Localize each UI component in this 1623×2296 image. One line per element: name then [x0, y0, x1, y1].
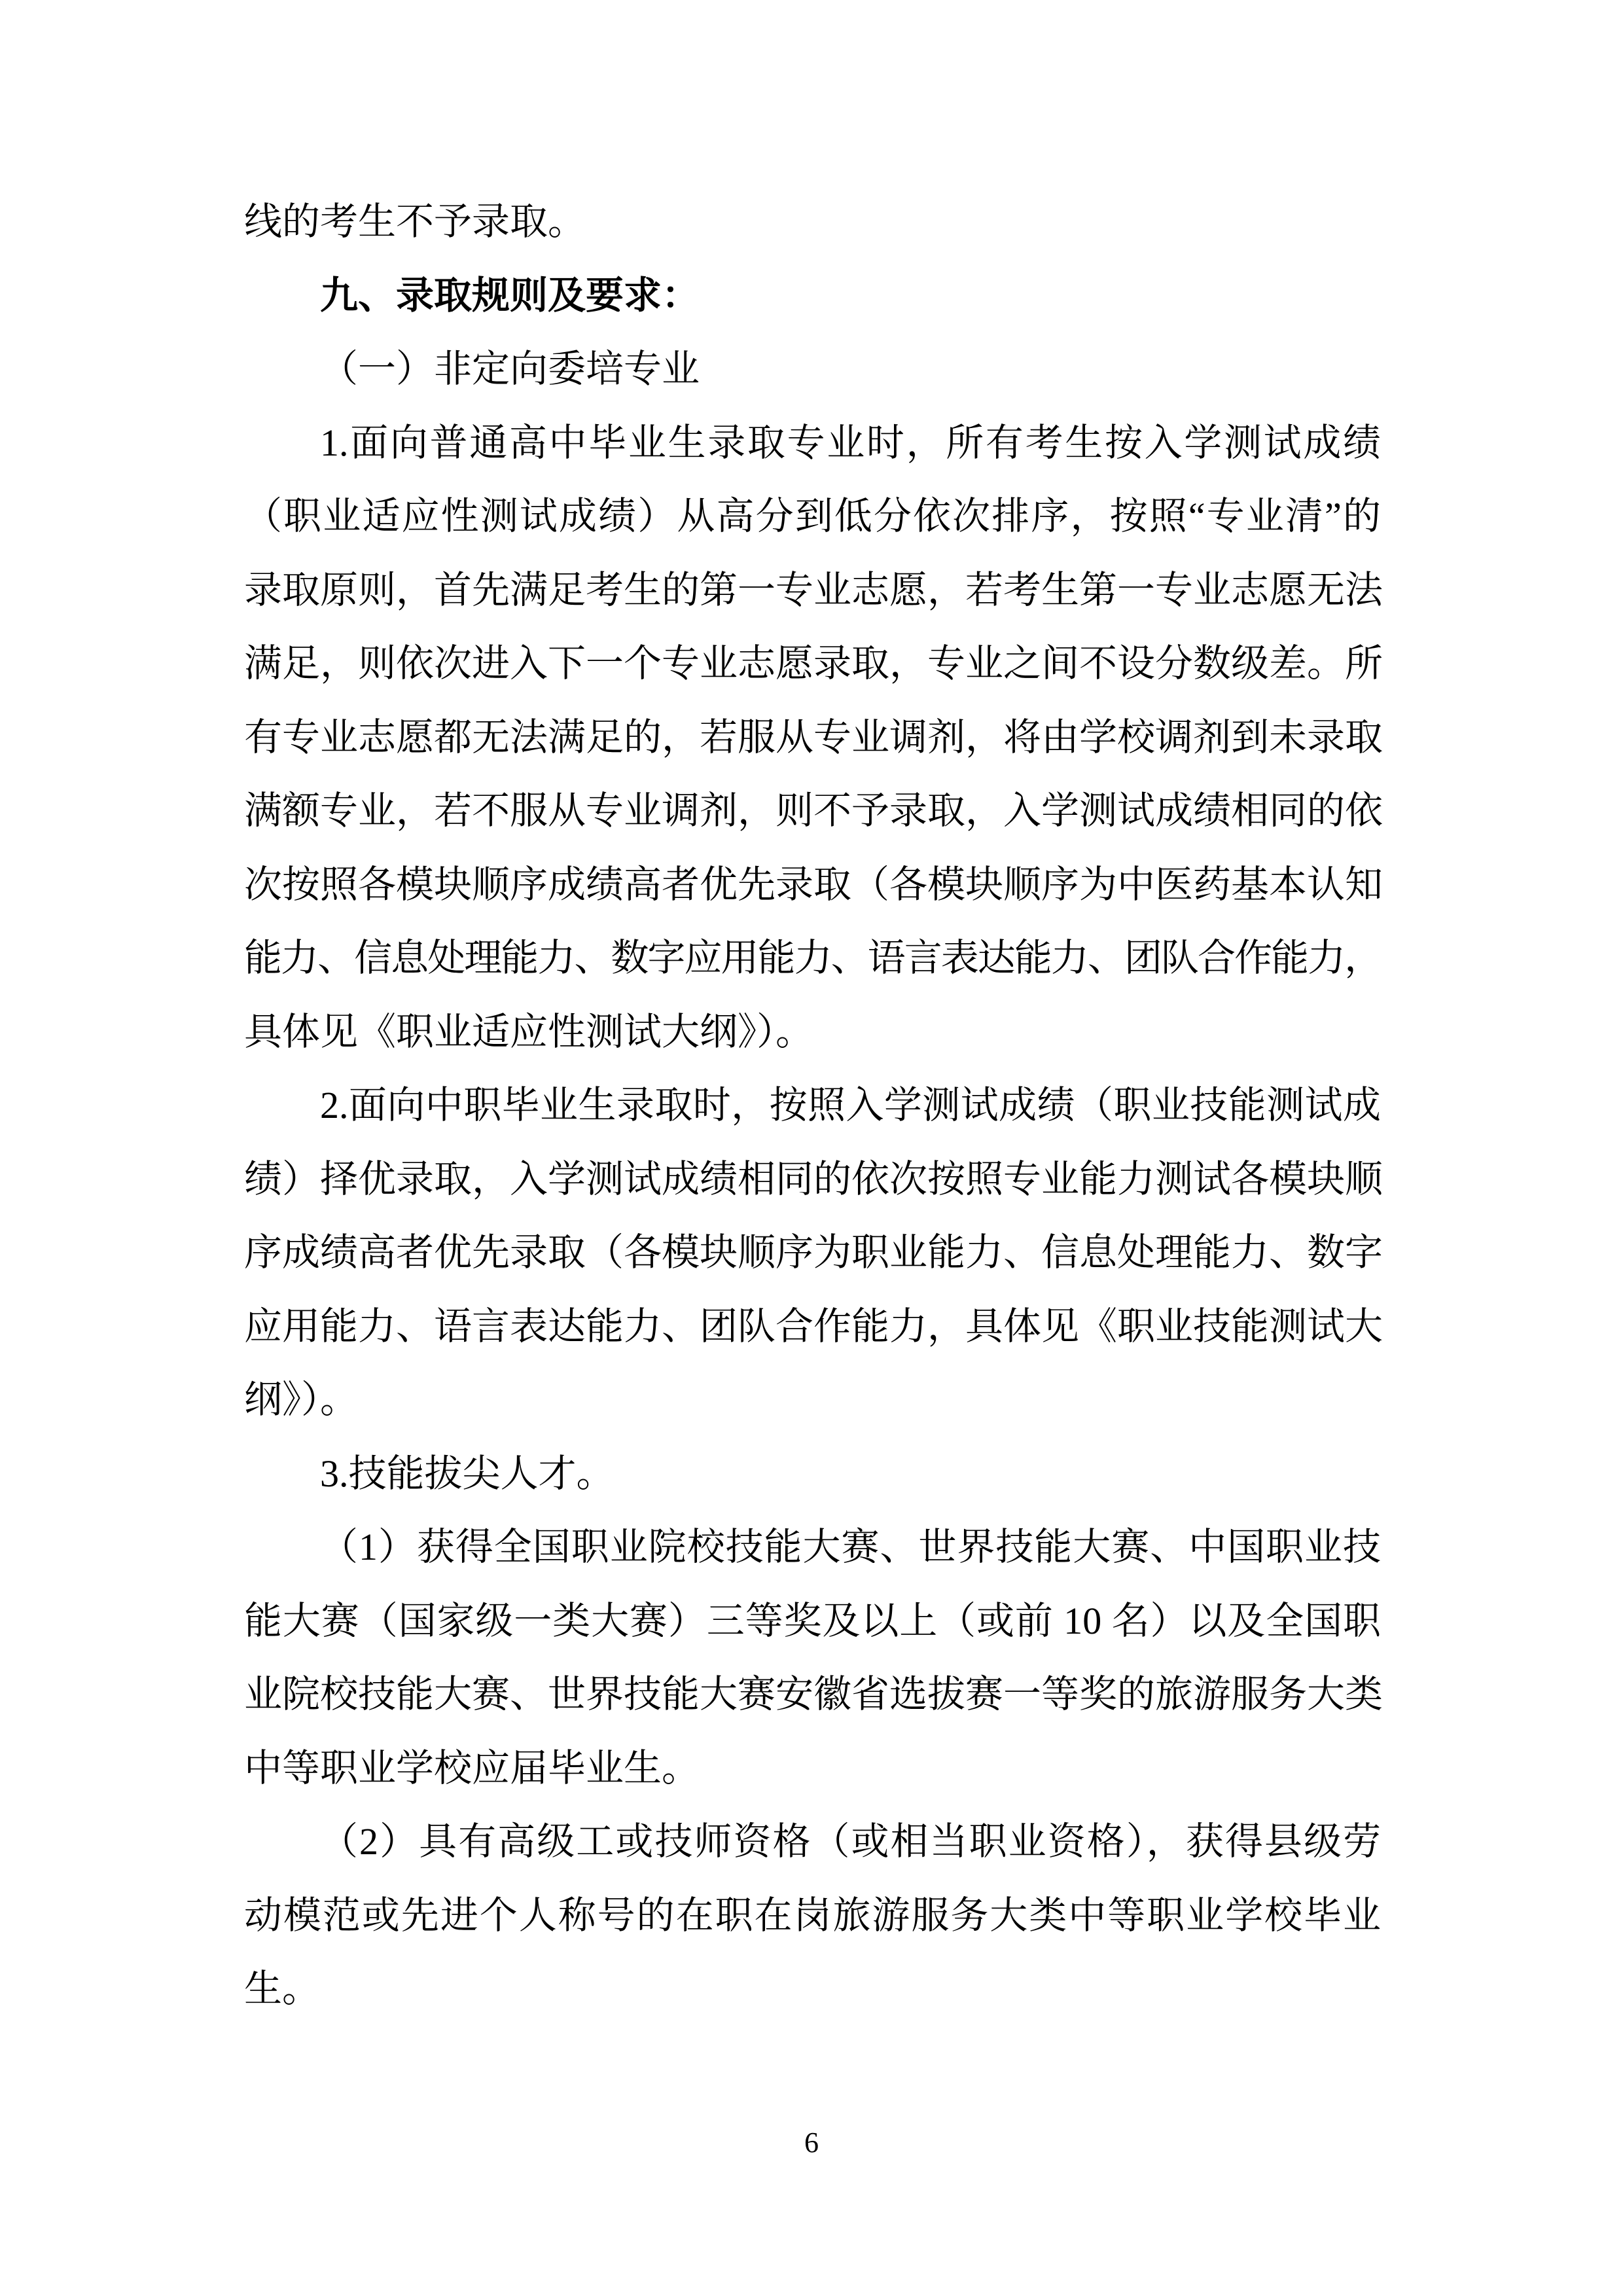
rule-3-item-2: （2）具有高级工或技师资格（或相当职业资格），获得县级劳动模范或先进个人称号的在…	[244, 1805, 1381, 2026]
text-line: 线的考生不予录取。	[244, 185, 1381, 259]
continuation-text: 线的考生不予录取。	[244, 185, 1381, 259]
text-line: 具体见《职业适应性测试大纲》）。	[244, 996, 1381, 1069]
text-line: 能力、信息处理能力、数字应用能力、语言表达能力、团队合作能力，	[244, 922, 1381, 996]
subsection-heading-1: （一）非定向委培专业	[244, 332, 1381, 406]
page-number: 6	[804, 2126, 819, 2159]
text-line: 2.面向中职毕业生录取时，按照入学测试成绩（职业技能测试成	[244, 1069, 1381, 1143]
text-line: 动模范或先进个人称号的在职在岗旅游服务大类中等职业学校毕业	[244, 1879, 1381, 1953]
text-line: （1）获得全国职业院校技能大赛、世界技能大赛、中国职业技	[244, 1511, 1381, 1585]
text-line: 满足，则依次进入下一个专业志愿录取，专业之间不设分数级差。所	[244, 627, 1381, 701]
text-line: 绩）择优录取，入学测试成绩相同的依次按照专业能力测试各模块顺	[244, 1143, 1381, 1217]
page-footer: 6	[0, 2128, 1623, 2157]
text-line: 纲》）。	[244, 1363, 1381, 1437]
rule-3-heading: 3.技能拔尖人才。	[244, 1437, 1381, 1511]
section-heading: 九、录取规则及要求：	[244, 259, 1381, 333]
text-line: 3.技能拔尖人才。	[244, 1437, 1381, 1511]
text-line: 序成绩高者优先录取（各模块顺序为职业能力、信息处理能力、数字	[244, 1216, 1381, 1290]
text-line: （职业适应性测试成绩）从高分到低分依次排序，按照“专业清”的	[244, 480, 1381, 554]
text-line: 1.面向普通高中毕业生录取专业时，所有考生按入学测试成绩	[244, 406, 1381, 480]
text-line: 有专业志愿都无法满足的，若服从专业调剂，将由学校调剂到未录取	[244, 701, 1381, 775]
text-line: （一）非定向委培专业	[244, 332, 1381, 406]
rule-2-paragraph: 2.面向中职毕业生录取时，按照入学测试成绩（职业技能测试成绩）择优录取，入学测试…	[244, 1069, 1381, 1437]
document-page: 线的考生不予录取。九、录取规则及要求：（一）非定向委培专业1.面向普通高中毕业生…	[0, 0, 1623, 2296]
rule-3-item-1: （1）获得全国职业院校技能大赛、世界技能大赛、中国职业技能大赛（国家级一类大赛）…	[244, 1511, 1381, 1805]
text-line: 录取原则，首先满足考生的第一专业志愿，若考生第一专业志愿无法	[244, 554, 1381, 628]
text-line: 中等职业学校应届毕业生。	[244, 1732, 1381, 1806]
text-line: 满额专业，若不服从专业调剂，则不予录取，入学测试成绩相同的依	[244, 774, 1381, 848]
text-line: 应用能力、语言表达能力、团队合作能力，具体见《职业技能测试大	[244, 1290, 1381, 1364]
document-body: 线的考生不予录取。九、录取规则及要求：（一）非定向委培专业1.面向普通高中毕业生…	[244, 185, 1381, 2026]
text-line: 九、录取规则及要求：	[244, 259, 1381, 333]
text-line: 次按照各模块顺序成绩高者优先录取（各模块顺序为中医药基本认知	[244, 848, 1381, 922]
text-line: 生。	[244, 1952, 1381, 2026]
text-line: 业院校技能大赛、世界技能大赛安徽省选拔赛一等奖的旅游服务大类	[244, 1658, 1381, 1732]
text-line: （2）具有高级工或技师资格（或相当职业资格），获得县级劳	[244, 1805, 1381, 1879]
text-line: 能大赛（国家级一类大赛）三等奖及以上（或前 10 名）以及全国职	[244, 1585, 1381, 1659]
rule-1-paragraph: 1.面向普通高中毕业生录取专业时，所有考生按入学测试成绩（职业适应性测试成绩）从…	[244, 406, 1381, 1069]
